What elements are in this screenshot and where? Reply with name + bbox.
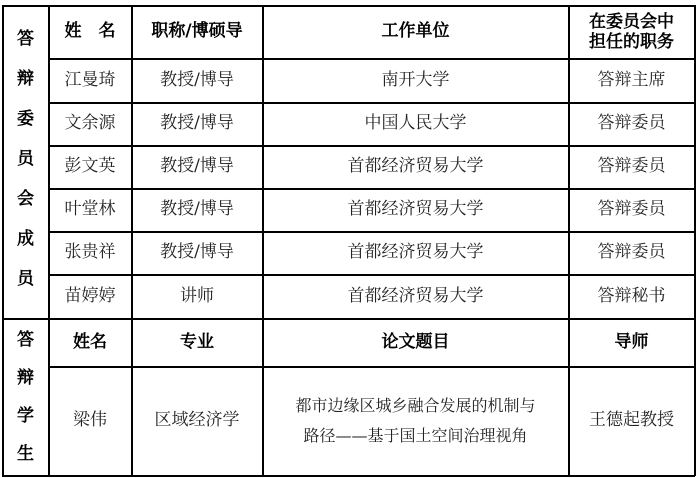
header-role-line1: 在委员会中 [589, 12, 674, 32]
member-role: 答辩委员 [569, 232, 694, 274]
member-unit: 南开大学 [263, 59, 568, 102]
label-char: 生 [17, 444, 34, 465]
member-role: 答辩委员 [569, 103, 694, 145]
label-char: 辩 [17, 69, 34, 90]
member-role: 答辩委员 [569, 189, 694, 231]
member-unit: 首都经济贸易大学 [263, 189, 568, 231]
member-name: 苗婷婷 [49, 275, 131, 318]
label-char: 学 [17, 406, 34, 427]
member-role: 答辩秘书 [569, 275, 694, 318]
member-name: 江曼琦 [49, 59, 131, 102]
header-title: 职称/博硕导 [132, 6, 262, 58]
label-char: 委 [17, 109, 34, 130]
member-unit: 首都经济贸易大学 [263, 232, 568, 274]
table-border-bottom [2, 475, 695, 477]
member-title: 教授/博导 [132, 146, 262, 188]
student-header-advisor: 导师 [569, 320, 694, 366]
label-char: 员 [17, 269, 34, 290]
label-char: 成 [17, 229, 34, 250]
header-name: 姓 名 [49, 6, 131, 58]
member-role: 答辩委员 [569, 146, 694, 188]
student-name: 梁伟 [49, 367, 131, 475]
member-title: 教授/博导 [132, 59, 262, 102]
header-role: 在委员会中 担任的职务 [569, 6, 694, 58]
member-title: 讲师 [132, 275, 262, 318]
thesis-line1: 都市边缘区城乡融合发展的机制与 [295, 391, 535, 421]
member-unit: 首都经济贸易大学 [263, 275, 568, 318]
header-role-line2: 担任的职务 [589, 32, 674, 52]
student-header-thesis: 论文题目 [263, 320, 568, 366]
member-unit: 首都经济贸易大学 [263, 146, 568, 188]
label-char: 辩 [17, 368, 34, 389]
student-header-name: 姓名 [49, 320, 131, 366]
member-unit: 中国人民大学 [263, 103, 568, 145]
thesis-line2: 路径——基于国土空间治理视角 [303, 421, 527, 451]
member-title: 教授/博导 [132, 189, 262, 231]
committee-section-label: 答 辩 委 员 会 成 员 [3, 20, 48, 300]
member-name: 张贵祥 [49, 232, 131, 274]
student-section-label: 答 辩 学 生 [3, 322, 48, 474]
member-name: 叶堂林 [49, 189, 131, 231]
label-char: 答 [17, 330, 34, 351]
member-name: 文余源 [49, 103, 131, 145]
student-thesis-title: 都市边缘区城乡融合发展的机制与 路径——基于国土空间治理视角 [263, 367, 568, 475]
label-char: 答 [17, 29, 34, 50]
member-title: 教授/博导 [132, 103, 262, 145]
member-title: 教授/博导 [132, 232, 262, 274]
table-border-right [694, 5, 696, 476]
member-name: 彭文英 [49, 146, 131, 188]
member-role: 答辩主席 [569, 59, 694, 102]
student-advisor: 王德起教授 [569, 367, 694, 475]
header-unit: 工作单位 [263, 6, 568, 58]
student-major: 区域经济学 [132, 367, 262, 475]
label-char: 员 [17, 149, 34, 170]
label-char: 会 [17, 189, 34, 210]
student-header-major: 专业 [132, 320, 262, 366]
